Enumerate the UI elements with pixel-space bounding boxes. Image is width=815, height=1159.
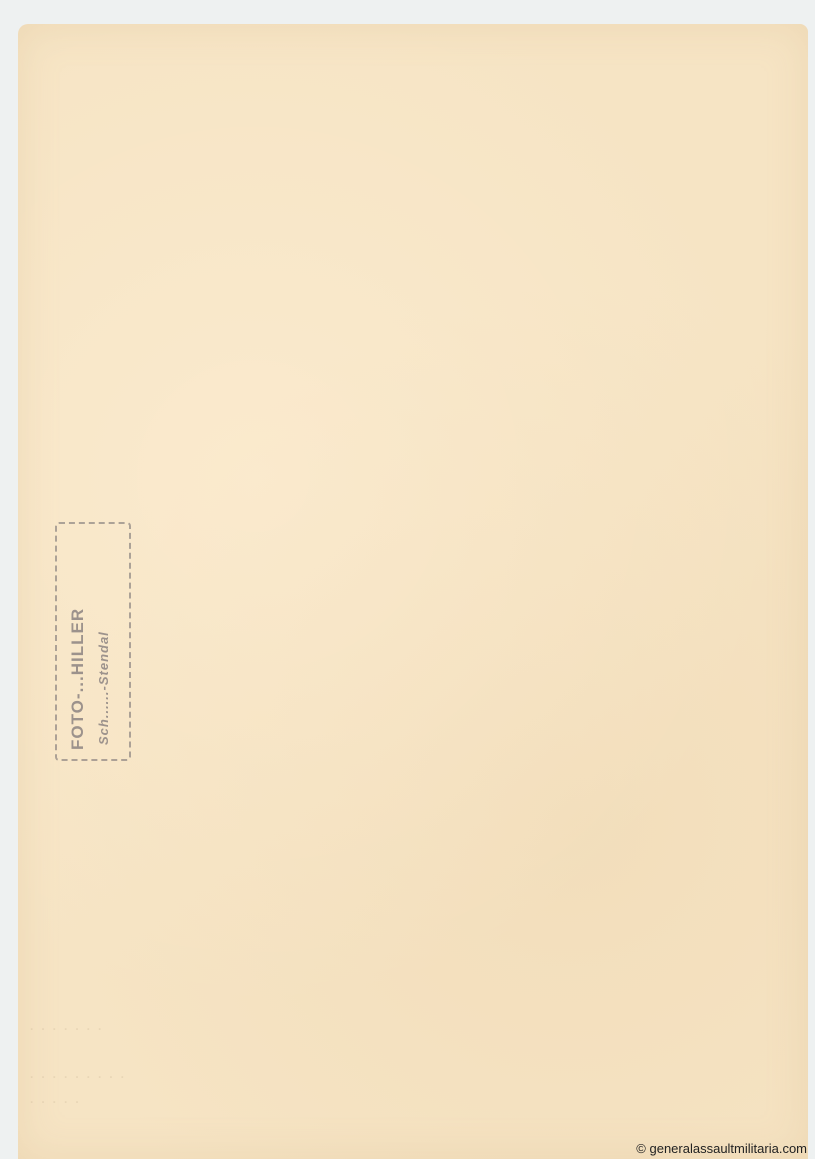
- faint-imprint-2: · · · · · · · · ·: [30, 1070, 127, 1084]
- faint-imprint-3: · · · · ·: [30, 1095, 81, 1109]
- stamp-line-1: FOTO-...HILLER: [68, 608, 88, 750]
- stamp-line-2: Sch......-Stendal: [96, 631, 111, 745]
- copyright-watermark: © generalassaultmilitaria.com: [636, 1141, 807, 1156]
- faint-imprint-1: · · · · · · ·: [30, 1022, 104, 1036]
- photographer-stamp: [55, 522, 131, 761]
- photo-card-back: [18, 24, 808, 1159]
